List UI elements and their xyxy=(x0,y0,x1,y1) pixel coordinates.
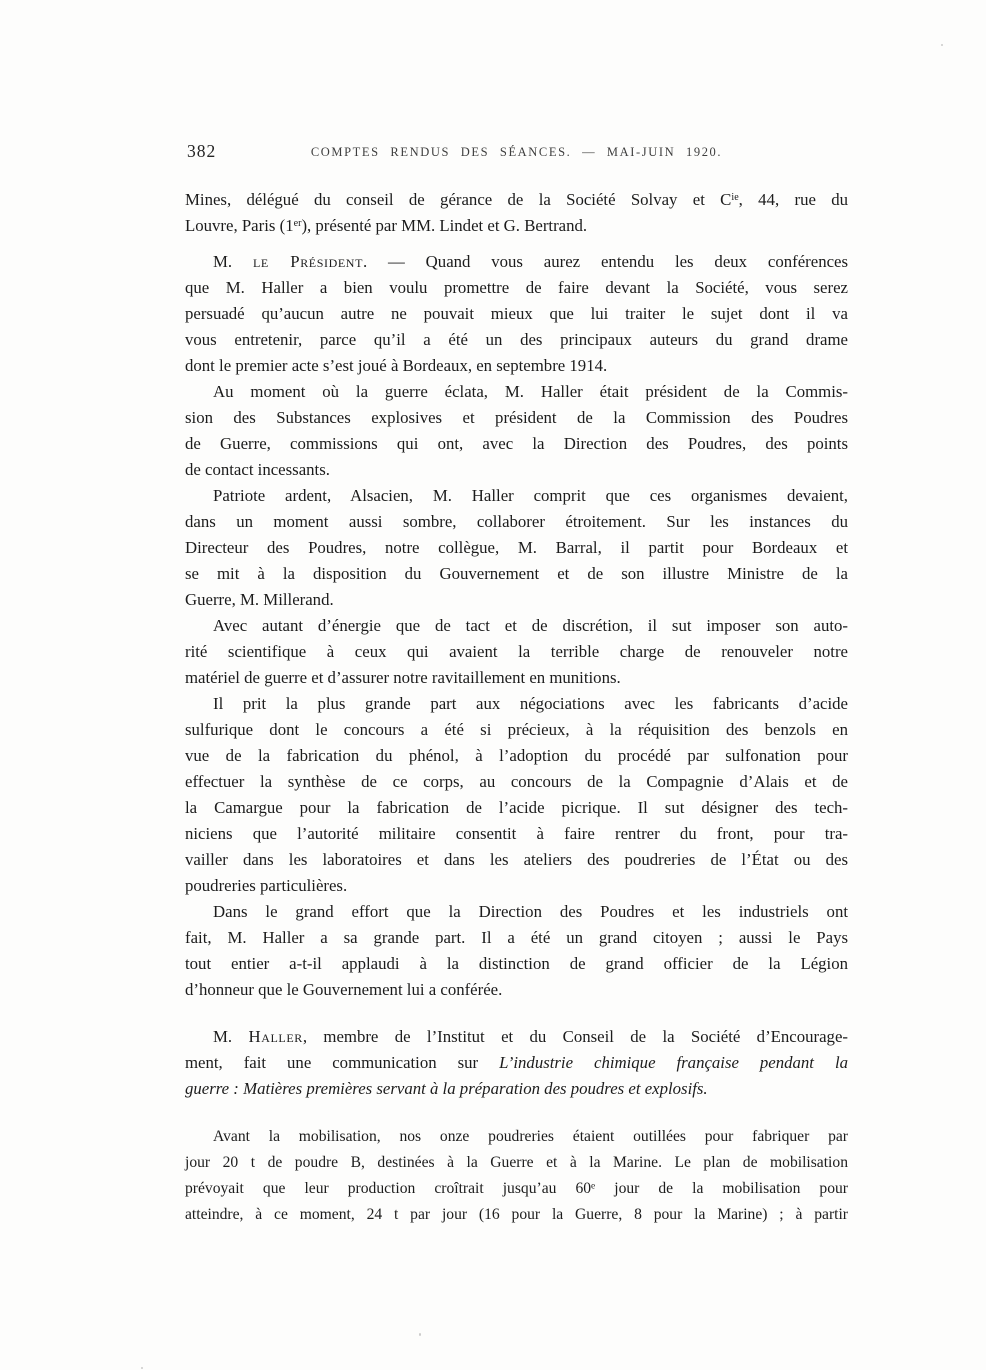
text-segment: vue de la fabrication du phénol, à l’ado… xyxy=(185,746,848,765)
text-segment: sulfurique dont le concours a été si pré… xyxy=(185,720,848,739)
text-segment: Haller xyxy=(248,1027,302,1046)
text-line: vous entretenir, parce qu’il a été un de… xyxy=(185,327,848,353)
text-segment: fait, M. Haller a sa grande part. Il a é… xyxy=(185,928,848,947)
text-segment: d’honneur que le Gouvernement lui a conf… xyxy=(185,980,502,999)
text-segment: M. xyxy=(213,1027,248,1046)
text-line: dont le premier acte s’est joué à Bordea… xyxy=(185,353,848,379)
text-line: Guerre, M. Millerand. xyxy=(185,587,848,613)
text-segment: . — Quand vous aurez entendu les deux co… xyxy=(363,252,848,271)
text-line: Directeur des Poudres, notre collègue, M… xyxy=(185,535,848,561)
text-segment: de Guerre, commissions qui ont, avec la … xyxy=(185,434,848,453)
scan-speck xyxy=(419,1333,421,1336)
text-segment: Louvre, Paris (1 xyxy=(185,216,294,235)
text-line: Il prit la plus grande part aux négociat… xyxy=(185,691,848,717)
text-line: Avec autant d’énergie que de tact et de … xyxy=(185,613,848,639)
text-segment: le Président xyxy=(253,252,363,271)
text-line: la Camargue pour la fabrication de l’aci… xyxy=(185,795,848,821)
para-4-patriote: Patriote ardent, Alsacien, M. Haller com… xyxy=(185,483,848,613)
text-segment: Il prit la plus grande part aux négociat… xyxy=(213,694,848,713)
text-segment: Dans le grand effort que la Direction de… xyxy=(213,902,848,921)
text-segment: ie xyxy=(731,192,738,203)
para-7-grand-effort: Dans le grand effort que la Direction de… xyxy=(185,899,848,1003)
text-segment: L’industrie chimique française pendant l… xyxy=(499,1053,848,1072)
text-line: atteindre, à ce moment, 24 t par jour (1… xyxy=(185,1202,848,1228)
text-line: effectuer la synthèse de ce corps, au co… xyxy=(185,769,848,795)
text-segment: , 44, rue du xyxy=(739,190,848,209)
text-segment: Patriote ardent, Alsacien, M. Haller com… xyxy=(213,486,848,505)
text-segment: Avec autant d’énergie que de tact et de … xyxy=(213,616,848,635)
text-segment: Avant la mobilisation, nos onze poudreri… xyxy=(213,1128,848,1145)
text-line: Mines, délégué du conseil de gérance de … xyxy=(185,187,848,213)
text-segment: M. xyxy=(213,252,253,271)
text-line: Patriote ardent, Alsacien, M. Haller com… xyxy=(185,483,848,509)
scan-speck xyxy=(141,1367,143,1369)
text-segment: vailler dans les laboratoires et dans le… xyxy=(185,850,848,869)
text-line: rité scientifique à ceux qui avaient la … xyxy=(185,639,848,665)
text-line: niciens que l’autorité militaire consent… xyxy=(185,821,848,847)
text-line: ment, fait une communication sur L’indus… xyxy=(185,1050,848,1076)
document-body: Mines, délégué du conseil de gérance de … xyxy=(185,187,848,1228)
text-segment: que M. Haller a bien voulu promettre de … xyxy=(185,278,848,297)
text-line: sulfurique dont le concours a été si pré… xyxy=(185,717,848,743)
scan-speck xyxy=(941,44,943,46)
text-segment: poudreries particulières. xyxy=(185,876,347,895)
page-number: 382 xyxy=(187,141,216,162)
text-line: matériel de guerre et d’assurer notre ra… xyxy=(185,665,848,691)
text-line: sion des Substances explosives et présid… xyxy=(185,405,848,431)
text-segment: , membre de l’Institut et du Conseil de … xyxy=(303,1027,848,1046)
text-line: de contact incessants. xyxy=(185,457,848,483)
text-line: Dans le grand effort que la Direction de… xyxy=(185,899,848,925)
text-line: fait, M. Haller a sa grande part. Il a é… xyxy=(185,925,848,951)
page-header: 382 COMPTES RENDUS DES SÉANCES. — MAI-JU… xyxy=(185,141,848,165)
text-line: Louvre, Paris (1er), présenté par MM. Li… xyxy=(185,213,848,239)
text-line: guerre : Matières premières servant à la… xyxy=(185,1076,848,1102)
text-line: vue de la fabrication du phénol, à l’ado… xyxy=(185,743,848,769)
text-segment: vous entretenir, parce qu’il a été un de… xyxy=(185,330,848,349)
para-8-haller-communication: M. Haller, membre de l’Institut et du Co… xyxy=(185,1024,848,1102)
text-segment: jour de la mobilisation pour xyxy=(595,1180,848,1197)
text-line: Avant la mobilisation, nos onze poudreri… xyxy=(185,1124,848,1150)
text-segment: Directeur des Poudres, notre collègue, M… xyxy=(185,538,848,557)
text-segment: de contact incessants. xyxy=(185,460,330,479)
text-segment: prévoyait que leur production croîtrait … xyxy=(185,1180,591,1197)
text-segment: niciens que l’autorité militaire consent… xyxy=(185,824,848,843)
text-segment: sion des Substances explosives et présid… xyxy=(185,408,848,427)
text-segment: dont le premier acte s’est joué à Bordea… xyxy=(185,356,607,375)
text-line: jour 20 t de poudre B, destinées à la Gu… xyxy=(185,1150,848,1176)
text-line: vailler dans les laboratoires et dans le… xyxy=(185,847,848,873)
para-6-negociations: Il prit la plus grande part aux négociat… xyxy=(185,691,848,899)
text-segment: matériel de guerre et d’assurer notre ra… xyxy=(185,668,621,687)
text-segment: tout entier a-t-il applaudi à la distinc… xyxy=(185,954,848,973)
text-line: tout entier a-t-il applaudi à la distinc… xyxy=(185,951,848,977)
text-line: poudreries particulières. xyxy=(185,873,848,899)
text-segment: rité scientifique à ceux qui avaient la … xyxy=(185,642,848,661)
text-segment: dans un moment aussi sombre, collaborer … xyxy=(185,512,848,531)
text-segment: ), présenté par MM. Lindet et G. Bertran… xyxy=(301,216,587,235)
text-segment: effectuer la synthèse de ce corps, au co… xyxy=(185,772,848,791)
text-segment: Au moment où la guerre éclata, M. Haller… xyxy=(213,382,848,401)
text-line: M. le Président. — Quand vous aurez ente… xyxy=(185,249,848,275)
text-segment: la Camargue pour la fabrication de l’aci… xyxy=(185,798,848,817)
text-line: dans un moment aussi sombre, collaborer … xyxy=(185,509,848,535)
text-segment: jour 20 t de poudre B, destinées à la Gu… xyxy=(185,1154,848,1171)
text-line: que M. Haller a bien voulu promettre de … xyxy=(185,275,848,301)
text-line: persuadé qu’aucun autre ne pouvait mieux… xyxy=(185,301,848,327)
running-title: COMPTES RENDUS DES SÉANCES. — MAI-JUIN 1… xyxy=(185,141,848,160)
scanned-page: 382 COMPTES RENDUS DES SÉANCES. — MAI-JU… xyxy=(0,0,986,1370)
text-line: prévoyait que leur production croîtrait … xyxy=(185,1176,848,1202)
text-line: se mit à la disposition du Gouvernement … xyxy=(185,561,848,587)
text-segment: guerre : Matières premières servant à la… xyxy=(185,1079,708,1098)
para-9-avant-mobilisation: Avant la mobilisation, nos onze poudreri… xyxy=(185,1124,848,1228)
para-2-president: M. le Président. — Quand vous aurez ente… xyxy=(185,249,848,379)
para-5-energie: Avec autant d’énergie que de tact et de … xyxy=(185,613,848,691)
para-3-commission: Au moment où la guerre éclata, M. Haller… xyxy=(185,379,848,483)
text-segment: persuadé qu’aucun autre ne pouvait mieux… xyxy=(185,304,848,323)
para-1-continuation: Mines, délégué du conseil de gérance de … xyxy=(185,187,848,239)
text-segment: Mines, délégué du conseil de gérance de … xyxy=(185,190,731,209)
text-line: de Guerre, commissions qui ont, avec la … xyxy=(185,431,848,457)
text-line: Au moment où la guerre éclata, M. Haller… xyxy=(185,379,848,405)
text-segment: ment, fait une communication sur xyxy=(185,1053,499,1072)
text-line: M. Haller, membre de l’Institut et du Co… xyxy=(185,1024,848,1050)
text-segment: se mit à la disposition du Gouvernement … xyxy=(185,564,848,583)
text-line: d’honneur que le Gouvernement lui a conf… xyxy=(185,977,848,1003)
text-segment: atteindre, à ce moment, 24 t par jour (1… xyxy=(185,1206,848,1223)
text-segment: Guerre, M. Millerand. xyxy=(185,590,334,609)
